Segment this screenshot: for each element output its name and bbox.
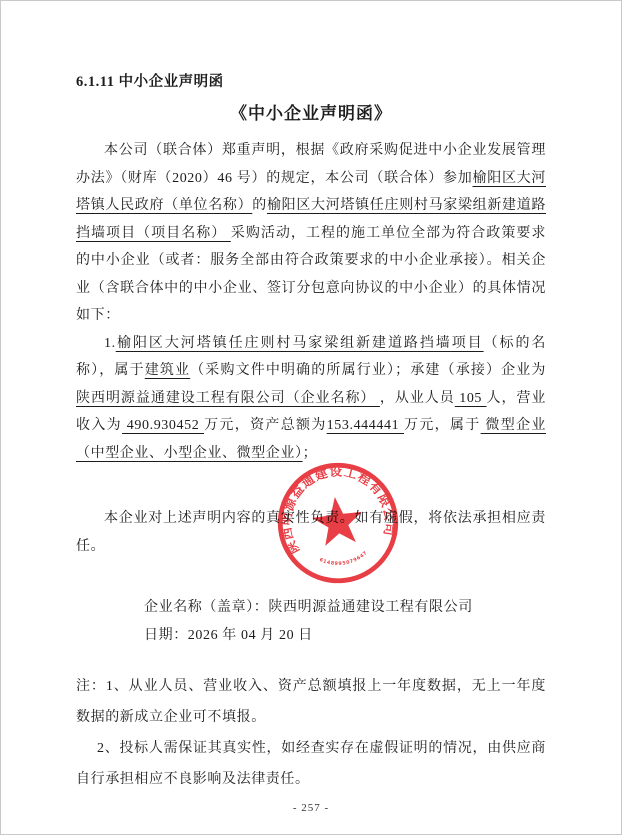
- text-segment: 的: [252, 198, 267, 213]
- filled-blank: 105: [455, 391, 487, 406]
- note-item-2: 2、投标人需保证其真实性，如经查实存在虚假证明的情况，由供应商自行承担相应不良影…: [76, 733, 546, 795]
- filled-blank: 490.930452: [122, 418, 204, 433]
- document-title: 《中小企业声明函》: [76, 103, 546, 125]
- document-page: 6.1.11 中小企业声明函 《中小企业声明函》 本公司（联合体）郑重声明，根据…: [0, 0, 622, 835]
- company-name: 陕西明源益通建设工程有限公司: [268, 600, 472, 615]
- filled-blank: 榆阳区大河塔镇任庄则村马家梁组新建道路挡墙项目: [116, 336, 484, 351]
- text-segment: ；: [303, 446, 318, 461]
- company-seal-label: 企业名称（盖章）：: [144, 600, 268, 615]
- declaration-paragraph-2: 1.榆阳区大河塔镇任庄则村马家梁组新建道路挡墙项目（标的名称），属于建筑业（采购…: [76, 330, 546, 468]
- filled-blank: 建筑业: [145, 363, 190, 378]
- text-segment: （采购文件中明确的所属行业）；承建（承接）企业为: [190, 363, 546, 378]
- text-segment: 万元，资产总额为: [204, 418, 327, 433]
- note-item-1: 注：1、从业人员、营业收入、资产总额填报上一年度数据，无上一年度数据的新成立企业…: [76, 671, 546, 733]
- text-segment: 1.: [104, 336, 116, 351]
- responsibility-statement: 本企业对上述声明内容的真实性负责。如有虚假，将依法承担相应责任。: [76, 505, 546, 560]
- text-segment: 万元，属于: [404, 418, 481, 433]
- section-heading: 6.1.11 中小企业声明函: [76, 73, 546, 91]
- signature-block: 企业名称（盖章）：陕西明源益通建设工程有限公司 日期：2026 年 04 月 2…: [76, 594, 546, 650]
- declaration-paragraph-1: 本公司（联合体）郑重声明，根据《政府采购促进中小企业发展管理办法》（财库（202…: [76, 137, 546, 330]
- document-content: 6.1.11 中小企业声明函 《中小企业声明函》 本公司（联合体）郑重声明，根据…: [76, 1, 546, 795]
- text-segment: ，从业人员: [380, 391, 455, 406]
- company-seal-line: 企业名称（盖章）：陕西明源益通建设工程有限公司: [144, 594, 546, 622]
- filled-blank: 153.444441: [327, 418, 404, 433]
- filled-blank: 陕西明源益通建设工程有限公司（企业名称）: [76, 391, 380, 406]
- page-number: - 257 -: [1, 802, 621, 814]
- date-line: 日期：2026 年 04 月 20 日: [144, 622, 546, 650]
- notes-section: 注：1、从业人员、营业收入、资产总额填报上一年度数据，无上一年度数据的新成立企业…: [76, 671, 546, 795]
